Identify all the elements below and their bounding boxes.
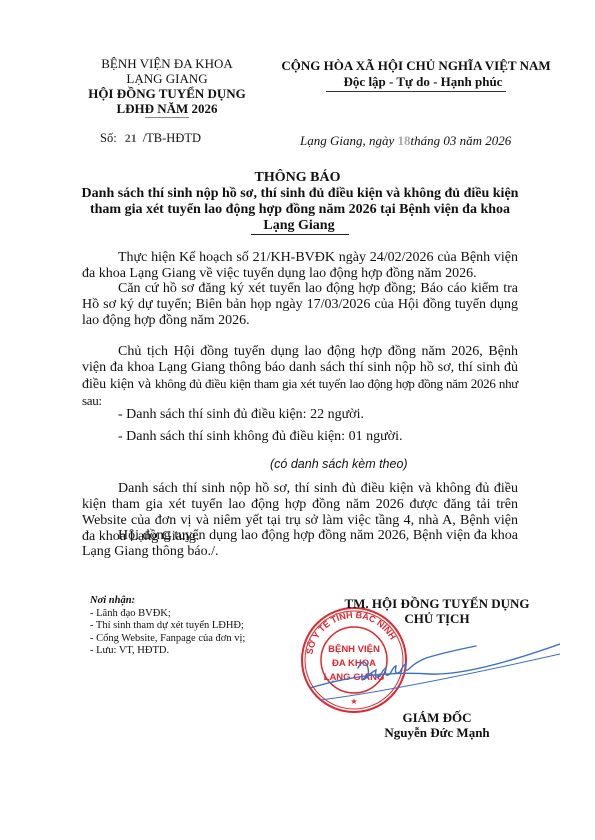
signer-details: GIÁM ĐỐC Nguyễn Đức Mạnh: [322, 710, 552, 740]
recipient-item: - Lưu: VT, HĐTD.: [90, 645, 245, 658]
issuing-org-header: BỆNH VIỆN ĐA KHOA LẠNG GIANG HỘI ĐỒNG TU…: [62, 56, 272, 118]
list-item: - Danh sách thí sinh không đủ điều kiện:…: [118, 429, 402, 445]
nation-title: CỘNG HÒA XÃ HỘI CHỦ NGHĨA VIỆT NAM: [272, 58, 560, 74]
recipient-item: - Thí sinh tham dự xét tuyển LĐHĐ;: [90, 620, 245, 633]
list-item: - Danh sách thí sinh đủ điều kiện: 22 ng…: [118, 407, 364, 423]
paragraph-1: Thực hiện Kế hoạch số 21/KH-BVĐK ngày 24…: [82, 250, 518, 282]
document-number: Số:21/TB-HĐTD: [100, 131, 201, 146]
place-prefix: Lạng Giang, ngày: [300, 133, 398, 148]
signer-position: GIÁM ĐỐC: [322, 710, 552, 725]
recipient-item: - Cổng Website, Fanpage của đơn vị;: [90, 633, 245, 646]
paragraph-5: Hội đồng tuyển dụng lao động hợp đồng nă…: [82, 528, 518, 560]
handwritten-signature-icon: [310, 640, 560, 710]
document-subtitle: Danh sách thí sinh nộp hồ sơ, thí sinh đ…: [80, 186, 520, 235]
recipients-block: Nơi nhận: - Lãnh đạo BVĐK; - Thí sinh th…: [90, 595, 245, 658]
paragraph-3: Chủ tịch Hội đồng tuyển dụng lao động hợ…: [82, 344, 518, 410]
doc-number-suffix: /TB-HĐTD: [143, 131, 201, 145]
date-rest: tháng 03 năm 2026: [411, 133, 512, 148]
attachment-note: (có danh sách kèm theo): [270, 457, 408, 471]
national-motto: Độc lập - Tự do - Hạnh phúc: [326, 74, 507, 92]
org-name-line2: LẠNG GIANG: [62, 71, 272, 86]
signature-header: TM. HỘI ĐỒNG TUYỂN DỤNG CHỦ TỊCH: [322, 596, 552, 626]
date-day: 18: [398, 133, 411, 148]
recipients-label: Nơi nhận:: [90, 595, 245, 608]
subtitle-main: Danh sách thí sinh nộp hồ sơ, thí sinh đ…: [82, 186, 519, 217]
paragraph-2: Căn cứ hồ sơ đăng ký xét tuyển lao động …: [82, 281, 518, 329]
signer-name: Nguyễn Đức Mạnh: [322, 725, 552, 740]
recipient-item: - Lãnh đạo BVĐK;: [90, 608, 245, 621]
place-date: Lạng Giang, ngày 18tháng 03 năm 2026: [300, 133, 511, 149]
council-name-line1: HỘI ĐỒNG TUYỂN DỤNG: [62, 86, 272, 101]
on-behalf-of: TM. HỘI ĐỒNG TUYỂN DỤNG: [322, 596, 552, 611]
signer-role: CHỦ TỊCH: [322, 611, 552, 626]
national-header: CỘNG HÒA XÃ HỘI CHỦ NGHĨA VIỆT NAM Độc l…: [272, 58, 560, 92]
document-title: THÔNG BÁO: [0, 170, 595, 186]
doc-number-label: Số:: [100, 131, 117, 145]
header-divider: [145, 117, 189, 118]
subtitle-last: Lạng Giang: [251, 218, 348, 235]
council-name-line2: LĐHĐ NĂM 2026: [62, 101, 272, 116]
doc-number-value: 21: [125, 131, 137, 145]
org-name-line1: BỆNH VIỆN ĐA KHOA: [62, 56, 272, 71]
